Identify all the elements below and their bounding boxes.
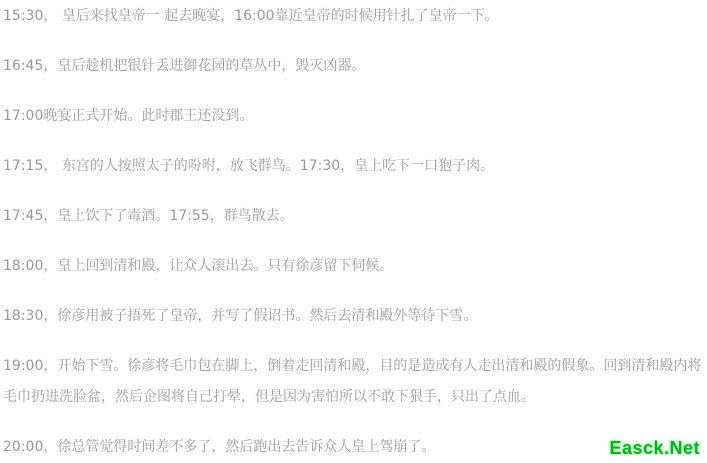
timeline-entry: 20:00，徐总管觉得时间差不多了，然后跑出去告诉众人皇上驾崩了。	[3, 432, 705, 463]
timeline-entry: 17:15， 东宫的人按照太子的吩咐，放飞群鸟。17:30，皇上吃下一口狍子肉。	[3, 151, 705, 182]
timeline-entry: 19:00，开始下雪。徐彦将毛巾包在脚上，倒着走回清和殿，目的是造成有人走出清和…	[3, 351, 705, 413]
timeline-entry: 18:30，徐彦用被子捂死了皇帝，并写了假诏书。然后去清和殿外等待下雪。	[3, 301, 705, 332]
timeline-entry: 16:45，皇后趁机把银针丢进御花园的草丛中，毁灭凶器。	[3, 51, 705, 82]
timeline-entry: 17:00晚宴正式开始。此时郡王还没到。	[3, 101, 705, 132]
timeline-entry: 15:30， 皇后来找皇帝一 起去晚宴，16:00靠近皇帝的时候用针扎了皇帝一下…	[3, 1, 705, 32]
timeline-document: 15:30， 皇后来找皇帝一 起去晚宴，16:00靠近皇帝的时候用针扎了皇帝一下…	[0, 0, 707, 463]
timeline-entry: 17:45，皇上饮下了毒酒。17:55，群鸟散去。	[3, 201, 705, 232]
site-watermark: Easck.Net	[609, 438, 700, 459]
timeline-entry: 18:00，皇上回到清和殿，让众人滚出去。只有徐彦留下伺候。	[3, 251, 705, 282]
